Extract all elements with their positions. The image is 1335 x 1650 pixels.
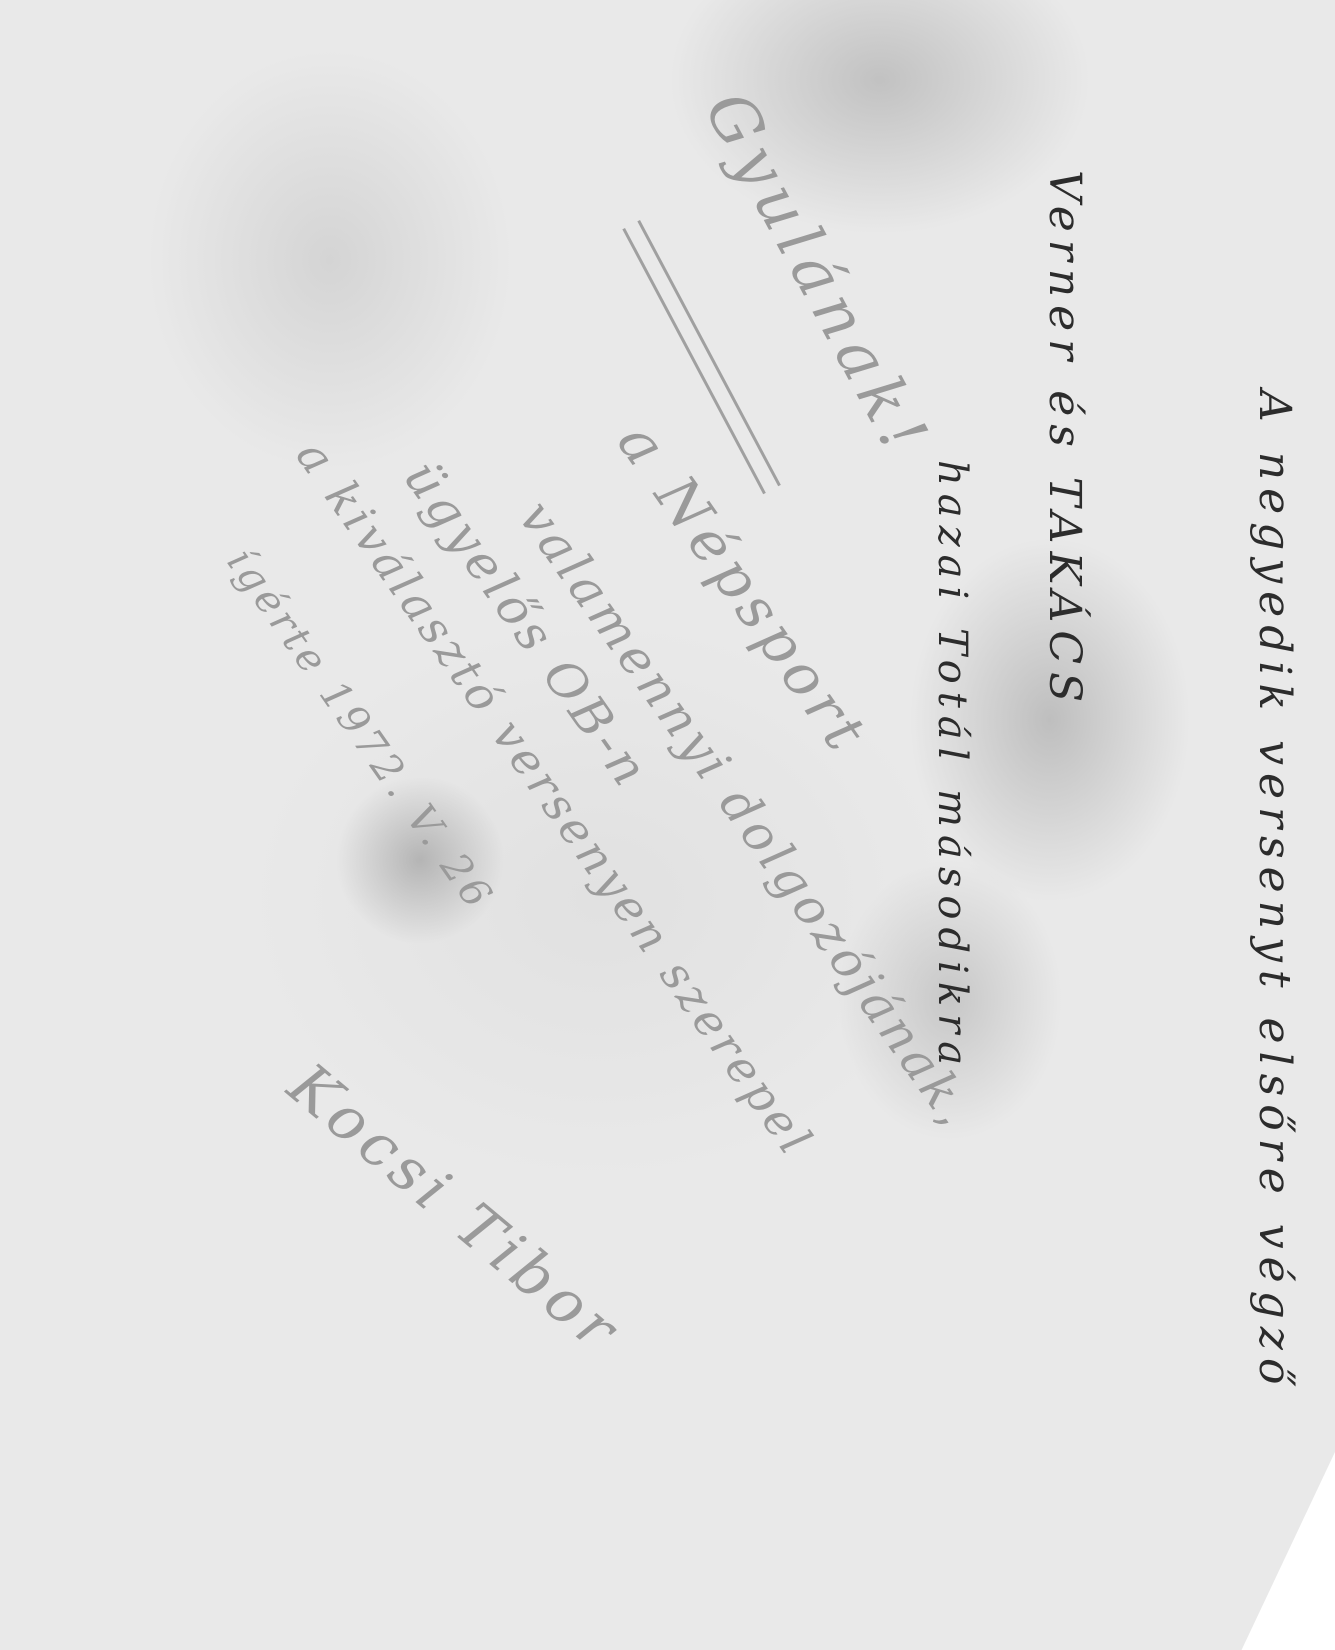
dark-ink-line-1: A negyedik versenyt elsőre végző	[1249, 390, 1300, 1392]
dark-ink-line-3: hazai Totál másodikra	[929, 460, 975, 1073]
dark-ink-line-2: Verner és TAKÁCS	[1039, 170, 1090, 710]
scanned-paper	[0, 0, 1335, 1650]
